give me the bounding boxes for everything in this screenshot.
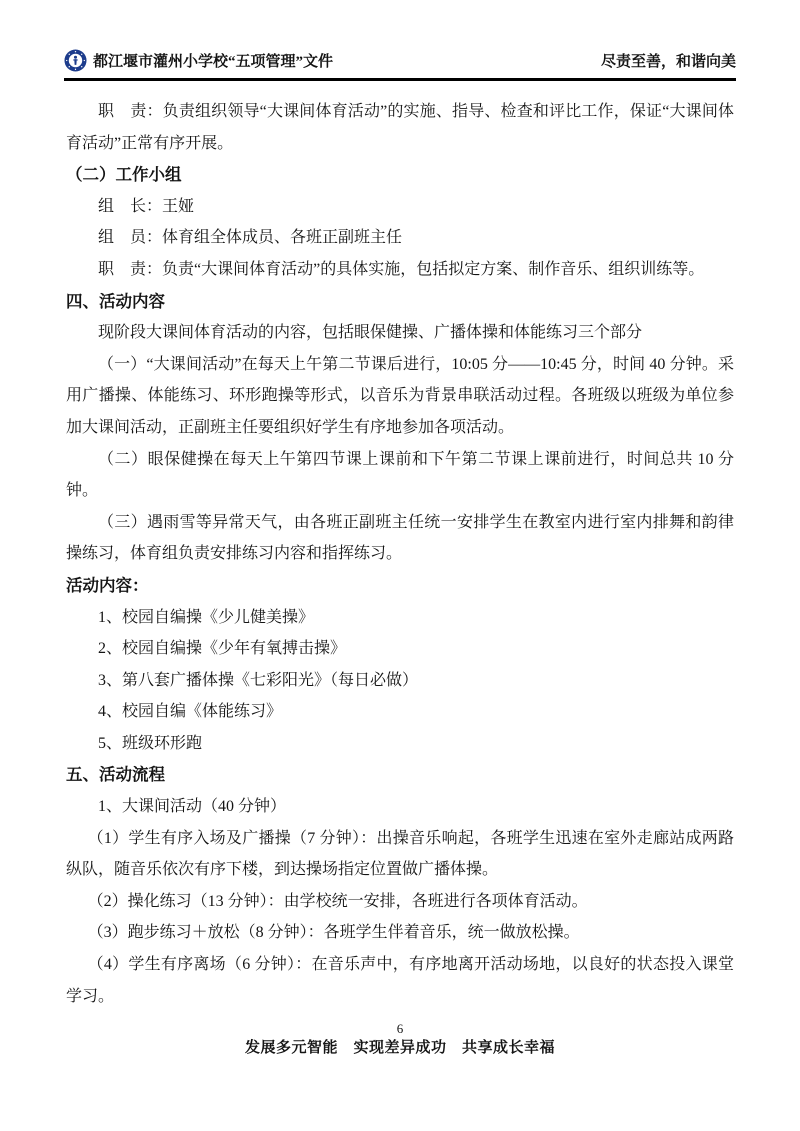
paragraph-group-members: 组 员：体育组全体成员、各班正副班主任 xyxy=(66,222,734,254)
heading-activity-flow: 五、活动流程 xyxy=(66,759,734,791)
list-item-5: 5、班级环形跑 xyxy=(66,728,734,760)
heading-work-group: （二）工作小组 xyxy=(66,159,734,191)
heading-activity-content: 四、活动内容 xyxy=(66,286,734,318)
heading-content-list: 活动内容： xyxy=(66,570,734,602)
list-item-4: 4、校园自编《体能练习》 xyxy=(66,696,734,728)
list-item-3: 3、第八套广播体操《七彩阳光》（每日必做） xyxy=(66,665,734,697)
list-item-1: 1、校园自编操《少儿健美操》 xyxy=(66,602,734,634)
page-header: 都江堰市灌州小学校“五项管理”文件 尽责至善，和谐向美 xyxy=(64,46,736,74)
list-item-2: 2、校园自编操《少年有氧搏击操》 xyxy=(66,633,734,665)
flow-step-4: （4）学生有序离场（6 分钟）：在音乐声中，有序地离开活动场地，以良好的状态投入… xyxy=(66,949,734,1012)
header-left-group: 都江堰市灌州小学校“五项管理”文件 xyxy=(64,49,333,72)
school-logo-icon xyxy=(64,49,87,72)
paragraph-group-leader: 组 长：王娅 xyxy=(66,191,734,223)
footer-page-number: 6 xyxy=(0,1022,800,1035)
paragraph-leader-duty: 职 责：负责组织领导“大课间体育活动”的实施、指导、检查和评比工作，保证“大课间… xyxy=(66,96,734,159)
flow-step-1: （1）学生有序入场及广播操（7 分钟）：出操音乐响起，各班学生迅速在室外走廊站成… xyxy=(66,823,734,886)
footer-slogan: 发展多元智能 实现差异成功 共享成长幸福 xyxy=(0,1041,800,1056)
flow-step-3: （3）跑步练习＋放松（8 分钟）：各班学生伴着音乐，统一做放松操。 xyxy=(66,917,734,949)
document-page: 都江堰市灌州小学校“五项管理”文件 尽责至善，和谐向美 职 责：负责组织领导“大… xyxy=(0,0,800,1131)
document-body: 职 责：负责组织领导“大课间体育活动”的实施、指导、检查和评比工作，保证“大课间… xyxy=(66,96,734,1012)
paragraph-item-one: （一）“大课间活动”在每天上午第二节课后进行，10:05 分——10:45 分，… xyxy=(66,349,734,444)
flow-item-title: 1、大课间活动（40 分钟） xyxy=(66,791,734,823)
header-title: 都江堰市灌州小学校“五项管理”文件 xyxy=(93,50,333,71)
paragraph-item-two: （二）眼保健操在每天上午第四节课上课前和下午第二节课上课前进行，时间总共 10 … xyxy=(66,444,734,507)
paragraph-content-overview: 现阶段大课间体育活动的内容，包括眼保健操、广播体操和体能练习三个部分 xyxy=(66,317,734,349)
header-rule xyxy=(64,78,736,81)
page-footer: 6 发展多元智能 实现差异成功 共享成长幸福 xyxy=(0,1022,800,1056)
flow-step-2: （2）操化练习（13 分钟）：由学校统一安排，各班进行各项体育活动。 xyxy=(66,886,734,918)
paragraph-item-three: （三）遇雨雪等异常天气，由各班正副班主任统一安排学生在教室内进行室内排舞和韵律操… xyxy=(66,507,734,570)
paragraph-group-duty: 职 责：负责“大课间体育活动”的具体实施，包括拟定方案、制作音乐、组织训练等。 xyxy=(66,254,734,286)
header-motto: 尽责至善，和谐向美 xyxy=(601,50,736,71)
